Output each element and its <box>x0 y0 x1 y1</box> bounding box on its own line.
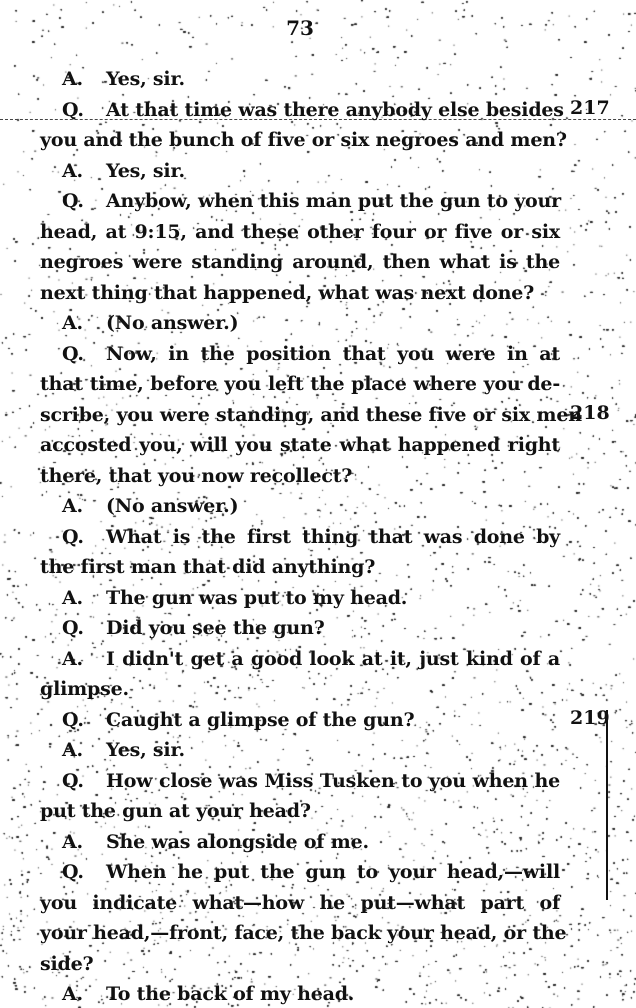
line-text: Yes, sir. <box>106 160 185 182</box>
line-text: I didn't get a good look at it, just kin… <box>106 648 560 670</box>
margin-line-number: 217 <box>570 97 610 119</box>
answer-line: A.(No answer.) <box>62 308 560 338</box>
line-text: When he put the gun to your head,—will <box>106 861 560 883</box>
line-text: To the back of my head. <box>106 983 354 1005</box>
answer-line: A.The gun was put to my head. <box>62 583 560 613</box>
answer-line: A.Yes, sir. <box>62 156 560 186</box>
speaker-label: Q. <box>62 186 106 216</box>
speaker-label: Q. <box>62 766 106 796</box>
line-text: She was alongside of me. <box>106 831 369 853</box>
transcript-page: 73 A.Yes, sir.Q.At that time was there a… <box>0 0 636 1008</box>
question-line: Q.Anybow, when this man put the gun to y… <box>62 186 560 216</box>
line-text: negroes were standing around, then what … <box>40 251 560 273</box>
continuation-line: scribe, you were standing, and these fiv… <box>40 400 560 430</box>
line-text: glimpse. <box>40 678 129 700</box>
speaker-label: A. <box>62 156 106 186</box>
line-text: accosted you, will you state what happen… <box>40 434 560 456</box>
line-text: head, at 9:15, and these other four or f… <box>40 221 560 243</box>
question-line: Q.What is the first thing that was done … <box>62 522 560 552</box>
line-text: you and the bunch of five or six negroes… <box>40 129 567 151</box>
speaker-label: Q. <box>62 857 106 887</box>
line-text: Now, in the position that you were in at <box>106 343 560 365</box>
line-text: next thing that happened, what was next … <box>40 282 534 304</box>
speaker-label: Q. <box>62 613 106 643</box>
answer-line: A.To the back of my head. <box>62 979 560 1008</box>
line-text: (No answer.) <box>106 495 238 517</box>
speaker-label: A. <box>62 827 106 857</box>
speaker-label: Q. <box>62 522 106 552</box>
line-text: you indicate what—how he put—what part o… <box>40 892 560 914</box>
answer-line: A.(No answer.) <box>62 491 560 521</box>
continuation-line: your head,—front, face, the back your he… <box>40 918 560 948</box>
continuation-line: there, that you now recollect? <box>40 461 560 491</box>
question-line: Q.Now, in the position that you were in … <box>62 339 560 369</box>
continuation-line: head, at 9:15, and these other four or f… <box>40 217 560 247</box>
continuation-line: glimpse. <box>40 674 560 704</box>
margin-line-number: 219 <box>570 707 610 729</box>
line-text: Yes, sir. <box>106 739 185 761</box>
line-text: What is the first thing that was done by <box>106 526 560 548</box>
continuation-line: next thing that happened, what was next … <box>40 278 560 308</box>
question-line: Q.Did you see the gun? <box>62 613 560 643</box>
line-text: there, that you now recollect? <box>40 465 352 487</box>
question-line: Q.When he put the gun to your head,—will <box>62 857 560 887</box>
answer-line: A.Yes, sir. <box>62 64 560 94</box>
line-text: side? <box>40 953 93 975</box>
line-text: Did you see the gun? <box>106 617 325 639</box>
line-text: The gun was put to my head. <box>106 587 407 609</box>
question-line: Q.How close was Miss Tusken to you when … <box>62 766 560 796</box>
speaker-label: A. <box>62 583 106 613</box>
answer-line: A.Yes, sir. <box>62 735 560 765</box>
continuation-line: negroes were standing around, then what … <box>40 247 560 277</box>
continuation-line: put the gun at your head? <box>40 796 560 826</box>
page-number: 73 <box>0 16 600 40</box>
speaker-label: Q. <box>62 339 106 369</box>
line-text: (No answer.) <box>106 312 238 334</box>
line-text: your head,—front, face, the back your he… <box>40 922 566 944</box>
line-text: the first man that did anything? <box>40 556 375 578</box>
line-text: Yes, sir. <box>106 68 185 90</box>
answer-line: A.I didn't get a good look at it, just k… <box>62 644 560 674</box>
line-text: that time, before you left the place whe… <box>40 373 560 395</box>
margin-line-number: 218 <box>570 402 610 424</box>
line-text: put the gun at your head? <box>40 800 311 822</box>
question-line: Q.At that time was there anybody else be… <box>62 95 560 125</box>
speaker-label: A. <box>62 308 106 338</box>
speaker-label: A. <box>62 491 106 521</box>
speaker-label: Q. <box>62 705 106 735</box>
continuation-line: that time, before you left the place whe… <box>40 369 560 399</box>
speaker-label: A. <box>62 735 106 765</box>
line-text: At that time was there anybody else besi… <box>106 99 564 121</box>
speaker-label: A. <box>62 644 106 674</box>
continuation-line: accosted you, will you state what happen… <box>40 430 560 460</box>
question-line: Q.Caught a glimpse of the gun? <box>62 705 560 735</box>
continuation-line: side? <box>40 949 560 979</box>
continuation-line: the first man that did anything? <box>40 552 560 582</box>
line-text: How close was Miss Tusken to you when he <box>106 770 560 792</box>
line-text: Anybow, when this man put the gun to you… <box>106 190 561 212</box>
speaker-label: A. <box>62 979 106 1008</box>
line-text: scribe, you were standing, and these fiv… <box>40 404 582 426</box>
answer-line: A.She was alongside of me. <box>62 827 560 857</box>
speaker-label: Q. <box>62 95 106 125</box>
margin-bracket <box>606 710 608 900</box>
line-text: Caught a glimpse of the gun? <box>106 709 414 731</box>
continuation-line: you and the bunch of five or six negroes… <box>40 125 560 155</box>
speaker-label: A. <box>62 64 106 94</box>
continuation-line: you indicate what—how he put—what part o… <box>40 888 560 918</box>
